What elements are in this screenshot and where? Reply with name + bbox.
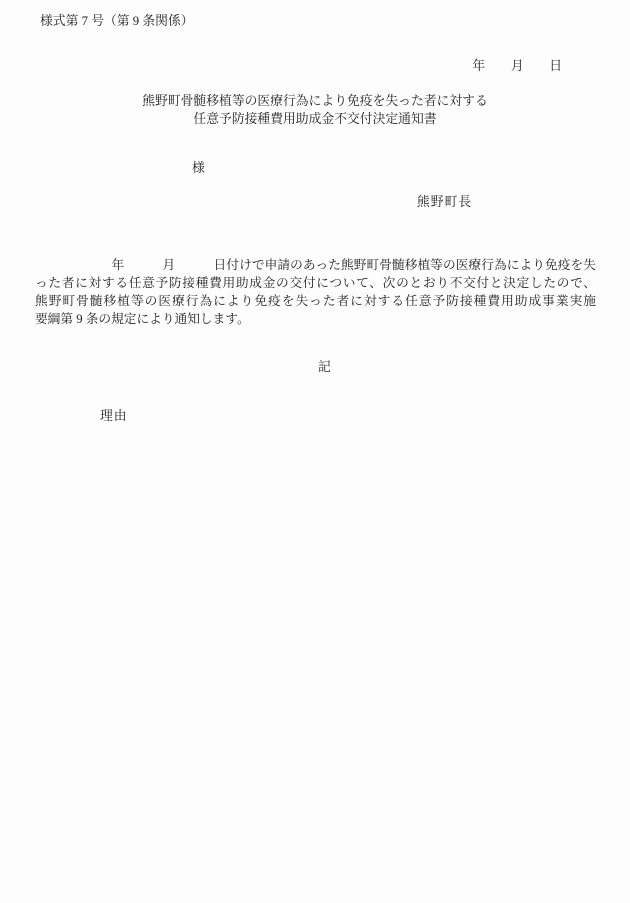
document-title-line-1: 熊野町骨髄移植等の医療行為により免疫を失った者に対する — [0, 93, 630, 111]
body-paragraph: 年 月 日付けで申請のあった熊野町骨髄移植等の医療行為により免疫を失 った者に対… — [35, 256, 596, 328]
date-line: 年 月 日 — [0, 60, 562, 73]
body-line-1: 年 月 日付けで申請のあった熊野町骨髄移植等の医療行為により免疫を失 — [35, 256, 596, 274]
document-page: 様式第 7 号（第 9 条関係） 年 月 日 熊野町骨髄移植等の医療行為により免… — [0, 0, 630, 903]
document-title: 熊野町骨髄移植等の医療行為により免疫を失った者に対する 任意予防接種費用助成金不… — [0, 93, 630, 128]
sender-title: 熊野町長 — [417, 196, 472, 209]
body-line-4: 要綱第 9 条の規定により通知します。 — [35, 310, 596, 328]
document-title-line-2: 任意予防接種費用助成金不交付決定通知書 — [0, 111, 630, 129]
body-line-2: った者に対する任意予防接種費用助成金の交付について、次のとおり不交付と決定したの… — [35, 274, 596, 292]
form-number: 様式第 7 号（第 9 条関係） — [40, 15, 194, 28]
reason-label: 理由 — [100, 410, 128, 423]
record-marker: 記 — [318, 361, 331, 374]
addressee-honorific: 様 — [192, 162, 205, 175]
body-line-3: 熊野町骨髄移植等の医療行為により免疫を失った者に対する任意予防接種費用助成事業実… — [35, 292, 596, 310]
